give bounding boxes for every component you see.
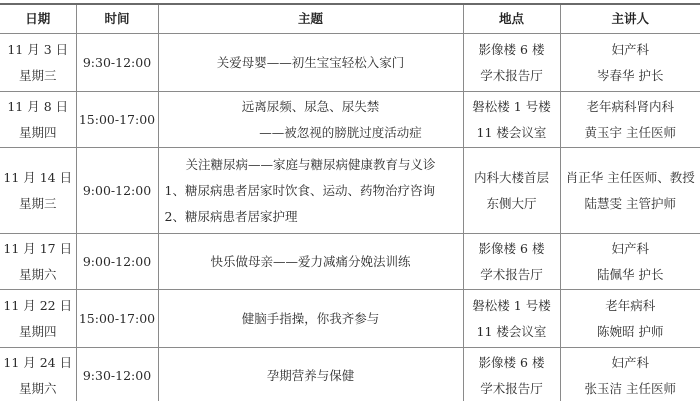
speaker-dept: 妇产科 — [561, 350, 700, 376]
theme-item: 2、糖尿病患者居家护理 — [165, 204, 463, 230]
time-cell: 15:00-17:00 — [76, 92, 158, 148]
speaker-cell: 老年病科肾内科 黄玉宇 主任医师 — [560, 92, 700, 148]
speaker-cell: 妇产科 陆佩华 护长 — [560, 234, 700, 290]
date: 11 月 3 日 — [0, 37, 76, 63]
table-row: 11 月 17 日 星期六 9:00-12:00 快乐做母亲——爱力减痛分娩法训… — [0, 234, 700, 290]
weekday: 星期四 — [0, 319, 76, 345]
theme-cell: 健脑手指操，你我齐参与 — [158, 290, 463, 348]
time-cell: 9:30-12:00 — [76, 34, 158, 92]
theme-line: 远离尿频、尿急、尿失禁 — [159, 94, 463, 120]
location-line: 影像楼 6 楼 — [464, 236, 560, 262]
table-row: 11 月 14 日 星期三 9:00-12:00 关注糖尿病——家庭与糖尿病健康… — [0, 148, 700, 234]
weekday: 星期三 — [0, 63, 76, 89]
location-cell: 影像楼 6 楼 学术报告厅 — [463, 234, 560, 290]
location-line: 磐松楼 1 号楼 — [464, 293, 560, 319]
theme-line: 关爱母婴——初生宝宝轻松入家门 — [159, 50, 463, 76]
header-date: 日期 — [0, 4, 76, 34]
header-location: 地点 — [463, 4, 560, 34]
location-line: 学术报告厅 — [464, 63, 560, 89]
location-line: 影像楼 6 楼 — [464, 37, 560, 63]
date: 11 月 14 日 — [0, 165, 76, 191]
speaker-name: 陆佩华 护长 — [561, 262, 700, 288]
speaker-name: 黄玉宇 主任医师 — [561, 120, 700, 146]
speaker-cell: 妇产科 岑春华 护长 — [560, 34, 700, 92]
speaker-name: 岑春华 护长 — [561, 63, 700, 89]
table-row: 11 月 24 日 星期六 9:30-12:00 孕期营养与保健 影像楼 6 楼… — [0, 348, 700, 401]
speaker-name: 肖正华 主任医师、教授 — [561, 165, 700, 191]
location-line: 磐松楼 1 号楼 — [464, 94, 560, 120]
header-time: 时间 — [76, 4, 158, 34]
speaker-dept: 妇产科 — [561, 236, 700, 262]
weekday: 星期六 — [0, 376, 76, 401]
theme-cell: 远离尿频、尿急、尿失禁 ——被忽视的膀胱过度活动症 — [158, 92, 463, 148]
location-line: 影像楼 6 楼 — [464, 350, 560, 376]
speaker-name: 张玉洁 主任医师 — [561, 376, 700, 401]
date-cell: 11 月 22 日 星期四 — [0, 290, 76, 348]
speaker-cell: 肖正华 主任医师、教授 陆慧雯 主管护师 — [560, 148, 700, 234]
location-line: 学术报告厅 — [464, 376, 560, 401]
theme-cell: 关爱母婴——初生宝宝轻松入家门 — [158, 34, 463, 92]
table-row: 11 月 22 日 星期四 15:00-17:00 健脑手指操，你我齐参与 磐松… — [0, 290, 700, 348]
table-row: 11 月 8 日 星期四 15:00-17:00 远离尿频、尿急、尿失禁 ——被… — [0, 92, 700, 148]
date-cell: 11 月 14 日 星期三 — [0, 148, 76, 234]
time-cell: 15:00-17:00 — [76, 290, 158, 348]
theme-cell: 关注糖尿病——家庭与糖尿病健康教育与义诊 1、糖尿病患者居家时饮食、运动、药物治… — [158, 148, 463, 234]
speaker-cell: 老年病科 陈婉昭 护师 — [560, 290, 700, 348]
theme-line: 孕期营养与保健 — [159, 363, 463, 389]
time-cell: 9:00-12:00 — [76, 148, 158, 234]
speaker-dept: 老年病科肾内科 — [561, 94, 700, 120]
date: 11 月 8 日 — [0, 94, 76, 120]
header-row: 日期 时间 主题 地点 主讲人 — [0, 4, 700, 34]
date-cell: 11 月 17 日 星期六 — [0, 234, 76, 290]
location-line: 内科大楼首层 — [464, 165, 560, 191]
date-cell: 11 月 24 日 星期六 — [0, 348, 76, 401]
location-cell: 影像楼 6 楼 学术报告厅 — [463, 34, 560, 92]
theme-cell: 快乐做母亲——爱力减痛分娩法训练 — [158, 234, 463, 290]
theme-subtitle: ——被忽视的膀胱过度活动症 — [159, 120, 463, 146]
header-speaker: 主讲人 — [560, 4, 700, 34]
theme-line: 健脑手指操，你我齐参与 — [159, 306, 463, 332]
theme-title: 关注糖尿病——家庭与糖尿病健康教育与义诊 — [165, 152, 463, 178]
speaker-name: 陈婉昭 护师 — [561, 319, 700, 345]
theme-line: 快乐做母亲——爱力减痛分娩法训练 — [159, 249, 463, 275]
theme-cell: 孕期营养与保健 — [158, 348, 463, 401]
time-cell: 9:30-12:00 — [76, 348, 158, 401]
location-line: 11 楼会议室 — [464, 120, 560, 146]
date-cell: 11 月 3 日 星期三 — [0, 34, 76, 92]
date-cell: 11 月 8 日 星期四 — [0, 92, 76, 148]
speaker-name: 陆慧雯 主管护师 — [561, 191, 700, 217]
time-cell: 9:00-12:00 — [76, 234, 158, 290]
location-line: 11 楼会议室 — [464, 319, 560, 345]
weekday: 星期四 — [0, 120, 76, 146]
location-line: 东侧大厅 — [464, 191, 560, 217]
date: 11 月 24 日 — [0, 350, 76, 376]
date: 11 月 17 日 — [0, 236, 76, 262]
speaker-dept: 妇产科 — [561, 37, 700, 63]
weekday: 星期三 — [0, 191, 76, 217]
table-row: 11 月 3 日 星期三 9:30-12:00 关爱母婴——初生宝宝轻松入家门 … — [0, 34, 700, 92]
location-cell: 磐松楼 1 号楼 11 楼会议室 — [463, 92, 560, 148]
header-theme: 主题 — [158, 4, 463, 34]
location-cell: 影像楼 6 楼 学术报告厅 — [463, 348, 560, 401]
location-cell: 磐松楼 1 号楼 11 楼会议室 — [463, 290, 560, 348]
date: 11 月 22 日 — [0, 293, 76, 319]
location-line: 学术报告厅 — [464, 262, 560, 288]
schedule-table: 日期 时间 主题 地点 主讲人 11 月 3 日 星期三 9:30-12:00 … — [0, 3, 700, 401]
location-cell: 内科大楼首层 东侧大厅 — [463, 148, 560, 234]
weekday: 星期六 — [0, 262, 76, 288]
speaker-dept: 老年病科 — [561, 293, 700, 319]
speaker-cell: 妇产科 张玉洁 主任医师 — [560, 348, 700, 401]
theme-item: 1、糖尿病患者居家时饮食、运动、药物治疗咨询 — [165, 178, 463, 204]
